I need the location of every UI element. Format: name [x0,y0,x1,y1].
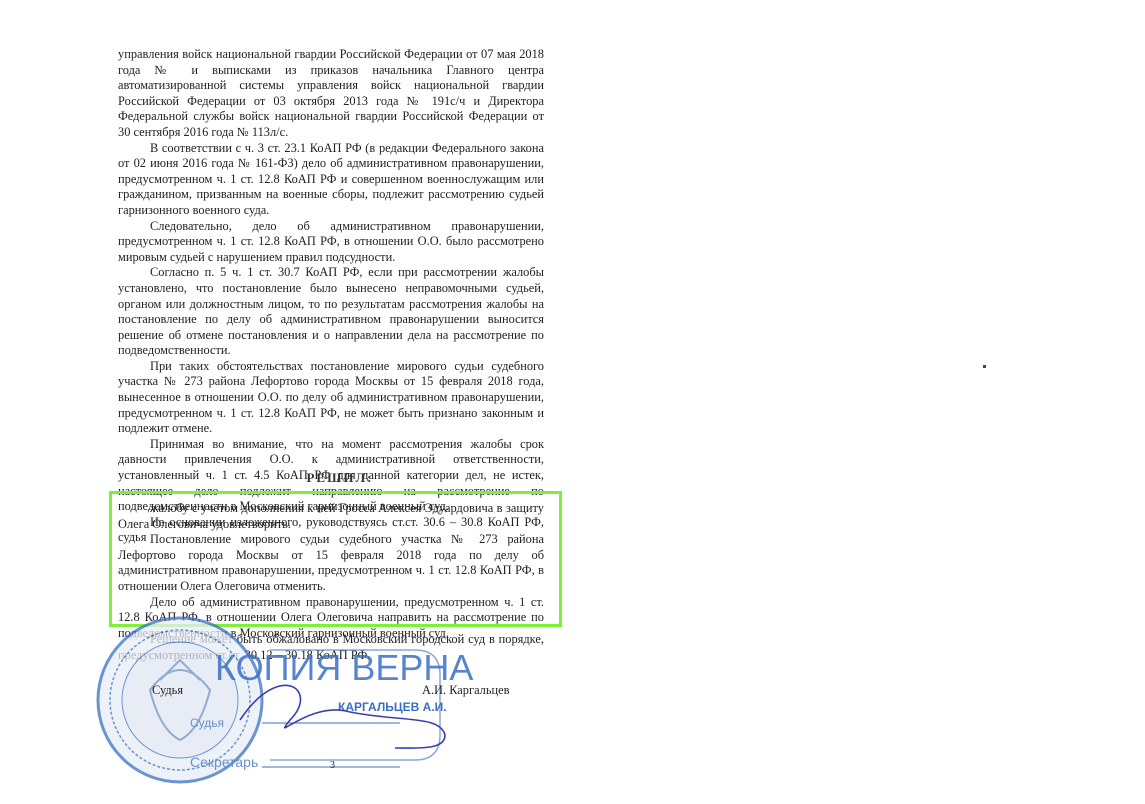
decision-text: жалобу с учетом дополнения к ней Гросса … [118,501,544,641]
svg-text:КАРГАЛЬЦЕВ А.И.: КАРГАЛЬЦЕВ А.И. [338,700,447,714]
signature-icon [240,685,445,748]
decision-heading: РЕШИЛ: [300,470,380,486]
paragraph-3: Следовательно, дело об административном … [118,219,544,266]
paragraph-1: управления войск национальной гвардии Ро… [118,47,544,141]
copy-certified-stamp-icon: КОПИЯ ВЕРНА КАРГАЛЬЦЕВ А.И. Судья Секрет… [190,647,473,770]
decision-paragraph-1: жалобу с учетом дополнения к ней Гросса … [118,501,544,532]
paragraph-2: В соответствии с ч. 3 ст. 23.1 КоАП РФ (… [118,141,544,219]
appeal-text: Решение может быть обжаловано в Московск… [118,632,544,663]
judge-label: Судья [152,683,183,698]
decision-paragraph-2: Постановление мирового судьи судебного у… [118,532,544,594]
page-number: 3 [330,760,335,771]
svg-text:Судья: Судья [190,716,224,730]
document-page: управления войск национальной гвардии Ро… [0,0,1145,804]
svg-text:Секретарь: Секретарь [190,754,258,770]
appeal-paragraph: Решение может быть обжаловано в Московск… [118,632,544,663]
judge-name: А.И. Каргальцев [422,683,510,698]
scan-speck [983,365,986,368]
paragraph-4: Согласно п. 5 ч. 1 ст. 30.7 КоАП РФ, есл… [118,265,544,359]
paragraph-5: При таких обстоятельствах постановление … [118,359,544,437]
